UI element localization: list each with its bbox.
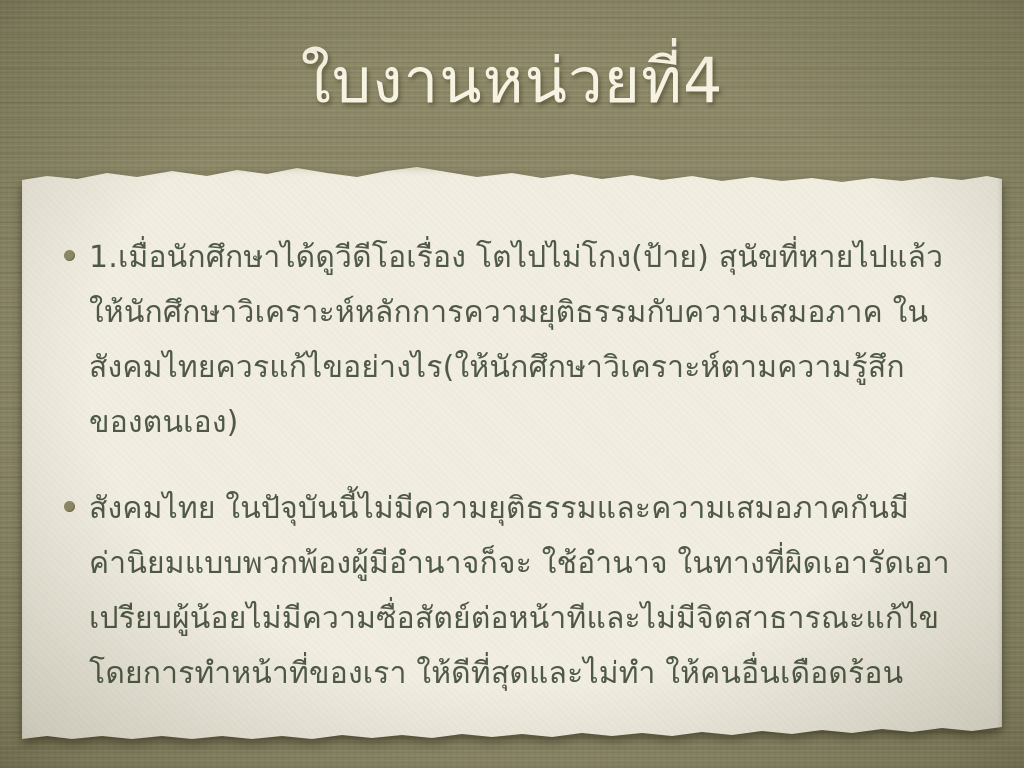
- bullet-2-line-1: สังคมไทย ในปัจุบันนี้ไม่มีความยุติธรรมแล…: [89, 481, 950, 536]
- slide-title: ใบงานหน่วยที่4: [0, 26, 1024, 136]
- bullet-1-line-3: สังคมไทยควรแก้ไขอย่างไร(ให้นักศึกษาวิเคร…: [89, 340, 943, 395]
- bullet-1-text: 1.เมื่อนักศึกษาได้ดูวีดีโอเรื่อง โตไปไม่…: [89, 230, 943, 450]
- torn-paper-surface: 1.เมื่อนักศึกษาได้ดูวีดีโอเรื่อง โตไปไม่…: [22, 164, 1002, 746]
- bullet-1-line-2: ให้นักศึกษาวิเคราะห์หลักการความยุติธรรมก…: [89, 285, 943, 340]
- bullet-1-line-1: 1.เมื่อนักศึกษาได้ดูวีดีโอเรื่อง โตไปไม่…: [89, 230, 943, 285]
- bullet-item-1: 1.เมื่อนักศึกษาได้ดูวีดีโอเรื่อง โตไปไม่…: [64, 230, 974, 450]
- bullet-2-text: สังคมไทย ในปัจุบันนี้ไม่มีความยุติธรรมแล…: [89, 481, 950, 701]
- bullet-2-line-2: ค่านิยมแบบพวกพ้องผู้มีอำนาจก็จะ ใช้อำนาจ…: [89, 536, 950, 591]
- bullet-dot-icon: [64, 501, 75, 512]
- slide-canvas: ใบงานหน่วยที่4 1.เมื่อนักศึกษาได้ดูวีดีโ…: [0, 0, 1024, 768]
- bullet-dot-icon: [64, 250, 75, 261]
- bullet-2-line-3: เปรียบผู้น้อยไม่มีความซื่อสัตย์ต่อหน้าที…: [89, 591, 950, 646]
- bullet-2-line-4: โดยการทำหน้าที่ของเรา ให้ดีที่สุดและไม่ท…: [89, 646, 950, 701]
- bullet-1-line-4: ของตนเอง): [89, 395, 943, 450]
- bullet-item-2: สังคมไทย ในปัจุบันนี้ไม่มีความยุติธรรมแล…: [64, 481, 974, 701]
- torn-paper-panel: 1.เมื่อนักศึกษาได้ดูวีดีโอเรื่อง โตไปไม่…: [22, 164, 1002, 746]
